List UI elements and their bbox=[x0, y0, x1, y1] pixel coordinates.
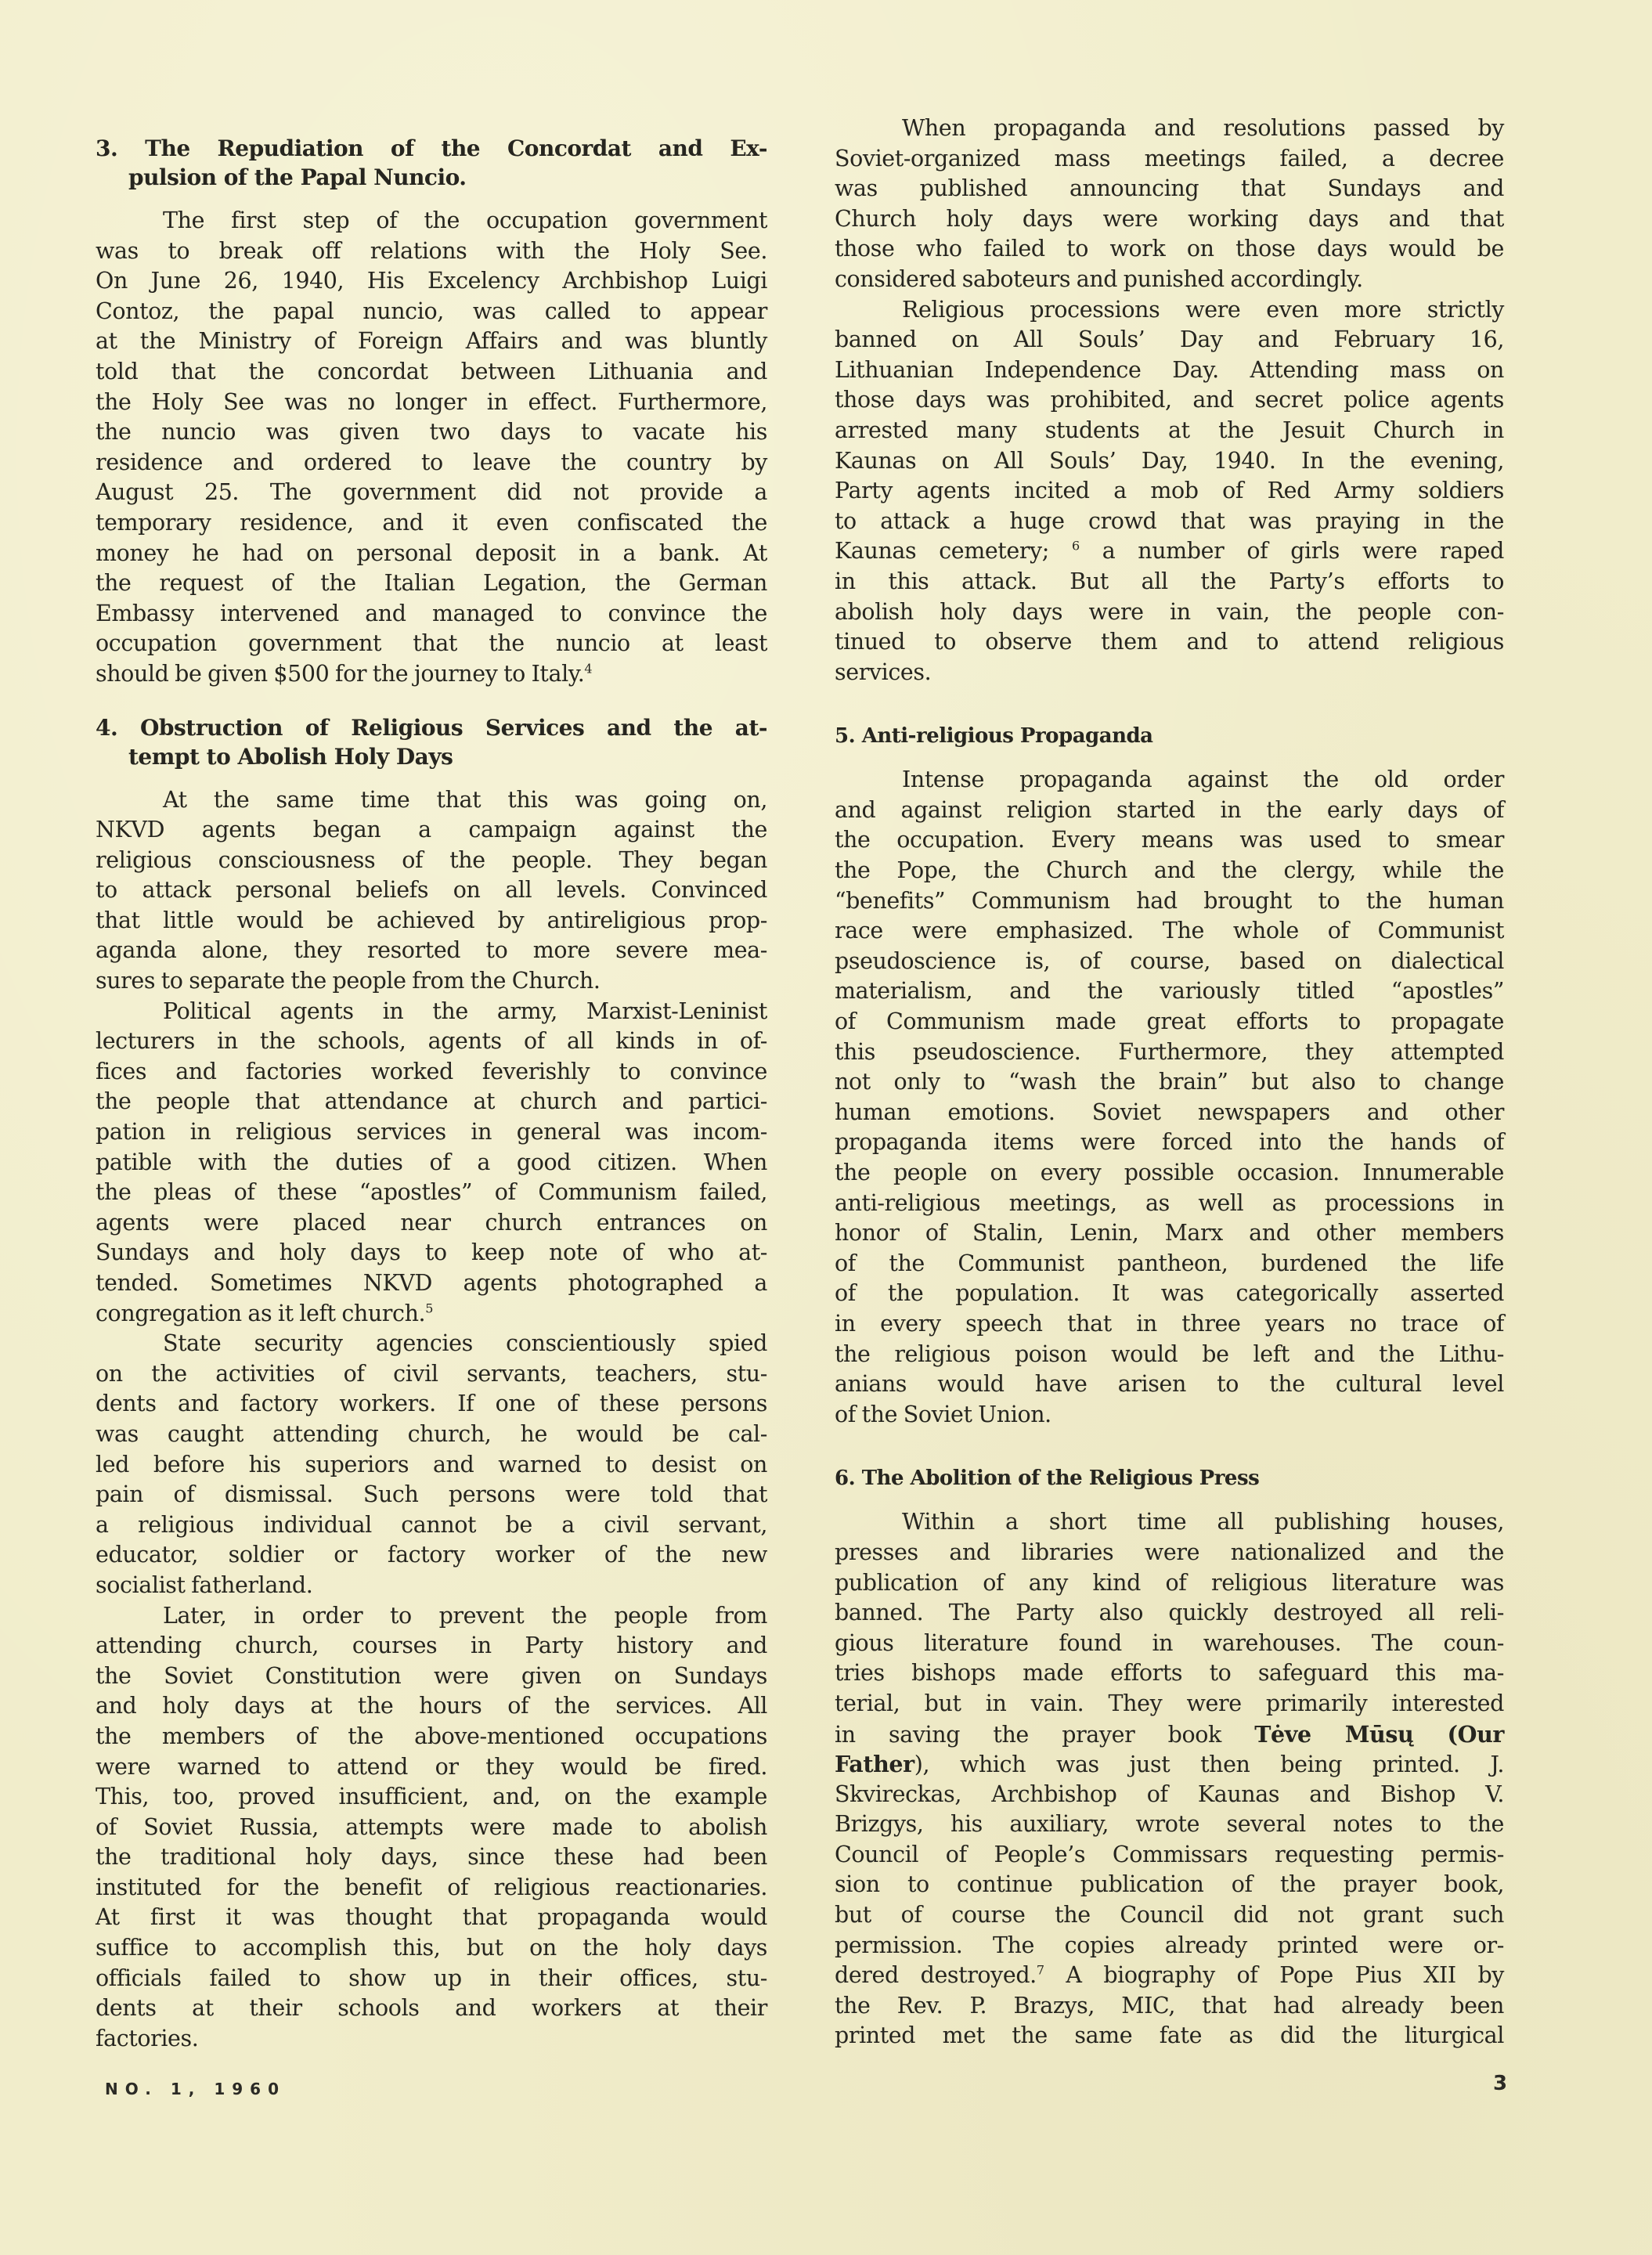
text-line: was to break off relations with the Holy… bbox=[96, 236, 767, 267]
text-line: The first step of the occupation governm… bbox=[96, 206, 767, 236]
text-line: When propaganda and resolutions passed b… bbox=[835, 114, 1504, 144]
text-line: was caught attending church, he would be… bbox=[96, 1420, 767, 1450]
text-line: of Communism made great efforts to propa… bbox=[835, 1007, 1504, 1037]
footnote-marker: 5 bbox=[425, 1301, 433, 1315]
text-line: anti-religious meetings, as well as proc… bbox=[835, 1189, 1504, 1219]
text-line: Political agents in the army, Marxist-Le… bbox=[96, 997, 767, 1027]
text-line: Religious processions were even more str… bbox=[835, 295, 1504, 326]
text-line: tinued to observe them and to attend rel… bbox=[835, 627, 1504, 658]
text-line: attending church, courses in Party histo… bbox=[96, 1631, 767, 1661]
issue-footer: NO. 1, 1960 bbox=[105, 2080, 286, 2098]
paragraph: When propaganda and resolutions passed b… bbox=[835, 114, 1504, 295]
text-line: honor of Stalin, Lenin, Marx and other m… bbox=[835, 1218, 1504, 1249]
text-line: and holy days at the hours of the servic… bbox=[96, 1691, 767, 1722]
heading-line: tempt to Abolish Holy Days bbox=[96, 742, 767, 771]
text-line: permission. The copies already printed w… bbox=[835, 1931, 1504, 1961]
text-line: Council of People’s Commissars requestin… bbox=[835, 1840, 1504, 1871]
text-line: tended. Sometimes NKVD agents photograph… bbox=[96, 1268, 767, 1299]
text-line: Contoz, the papal nuncio, was called to … bbox=[96, 297, 767, 327]
text-line: of the Communist pantheon, burdened the … bbox=[835, 1249, 1504, 1279]
right-column: When propaganda and resolutions passed b… bbox=[835, 114, 1504, 2051]
text-line: Sundays and holy days to keep note of wh… bbox=[96, 1238, 767, 1268]
text-line: the traditional holy days, since these h… bbox=[96, 1842, 767, 1873]
text-line: the occupation. Every means was used to … bbox=[835, 825, 1504, 856]
text-line: gious literature found in warehouses. Th… bbox=[835, 1629, 1504, 1659]
text-line: occupation government that the nuncio at… bbox=[96, 629, 767, 659]
text-line: Skvireckas, Archbishop of Kaunas and Bis… bbox=[835, 1780, 1504, 1810]
text-line: sures to separate the people from the Ch… bbox=[96, 966, 767, 997]
text-line: religious consciousness of the people. T… bbox=[96, 846, 767, 876]
bold-title: Tėve Mūsų (Our bbox=[1254, 1721, 1504, 1748]
text-line: the people that attendance at church and… bbox=[96, 1087, 767, 1117]
text-line: pain of dismissal. Such persons were tol… bbox=[96, 1480, 767, 1510]
text-line: banned. The Party also quickly destroyed… bbox=[835, 1598, 1504, 1629]
text-line: but of course the Council did not grant … bbox=[835, 1900, 1504, 1931]
paragraph: Political agents in the army, Marxist-Le… bbox=[96, 997, 767, 1330]
text-line: temporary residence, and it even confisc… bbox=[96, 508, 767, 539]
heading-line: 4. Obstruction of Religious Services and… bbox=[96, 713, 767, 742]
text-line: fices and factories worked feverishly to… bbox=[96, 1057, 767, 1088]
text-line: and against religion started in the earl… bbox=[835, 796, 1504, 826]
text-line: to attack personal beliefs on all levels… bbox=[96, 875, 767, 906]
text-line: this pseudoscience. Furthermore, they at… bbox=[835, 1037, 1504, 1068]
text-line: to attack a huge crowd that was praying … bbox=[835, 507, 1504, 537]
paragraph: At the same time that this was going on,… bbox=[96, 785, 767, 997]
section-heading: 4. Obstruction of Religious Services and… bbox=[96, 713, 767, 771]
text-line: Kaunas on All Souls’ Day, 1940. In the e… bbox=[835, 446, 1504, 477]
text-line: dered destroyed.7 A biography of Pope Pi… bbox=[835, 1961, 1504, 1991]
text-line: not only to “wash the brain” but also to… bbox=[835, 1067, 1504, 1098]
text-line: dents and factory workers. If one of the… bbox=[96, 1389, 767, 1420]
left-column: 3. The Repudiation of the Concordat and … bbox=[96, 134, 767, 2054]
text-line: officials failed to show up in their off… bbox=[96, 1964, 767, 1994]
text-line: terial, but in vain. They were primarily… bbox=[835, 1689, 1504, 1719]
heading-line: 5. Anti-religious Propaganda bbox=[835, 722, 1504, 751]
text-line: should be given $500 for the journey to … bbox=[96, 659, 767, 690]
text-line: those days was prohibited, and secret po… bbox=[835, 385, 1504, 416]
text-line: pation in religious services in general … bbox=[96, 1117, 767, 1148]
text-line: Within a short time all publishing house… bbox=[835, 1507, 1504, 1538]
text-line: At first it was thought that propaganda … bbox=[96, 1903, 767, 1933]
text-line: of the Soviet Union. bbox=[835, 1400, 1504, 1431]
text-line: the religious poison would be left and t… bbox=[835, 1340, 1504, 1370]
text-line: publication of any kind of religious lit… bbox=[835, 1568, 1504, 1599]
text-line: Brizgys, his auxiliary, wrote several no… bbox=[835, 1809, 1504, 1840]
text-line: abolish holy days were in vain, the peop… bbox=[835, 597, 1504, 628]
footnote-marker: 7 bbox=[1037, 1963, 1044, 1978]
text-line: race were emphasized. The whole of Commu… bbox=[835, 916, 1504, 947]
text-line: aganda alone, they resorted to more seve… bbox=[96, 936, 767, 966]
text-line: instituted for the benefit of religious … bbox=[96, 1873, 767, 1903]
text-line: the pleas of these “apostles” of Communi… bbox=[96, 1178, 767, 1208]
text-line: a religious individual cannot be a civil… bbox=[96, 1510, 767, 1541]
text-line: were warned to attend or they would be f… bbox=[96, 1752, 767, 1783]
text-line: State security agencies conscientiously … bbox=[96, 1329, 767, 1359]
paragraph: The first step of the occupation governm… bbox=[96, 206, 767, 690]
text-line: congregation as it left church.5 bbox=[96, 1299, 767, 1330]
heading-line: 6. The Abolition of the Religious Press bbox=[835, 1464, 1504, 1493]
text-line: the Soviet Constitution were given on Su… bbox=[96, 1661, 767, 1692]
text-line: at the Ministry of Foreign Affairs and w… bbox=[96, 327, 767, 357]
footnote-marker: 6 bbox=[1072, 539, 1080, 554]
text-line: patible with the duties of a good citize… bbox=[96, 1148, 767, 1178]
page-number: 3 bbox=[1493, 2072, 1507, 2095]
text-line: printed met the same fate as did the lit… bbox=[835, 2021, 1504, 2051]
heading-line: 3. The Repudiation of the Concordat and … bbox=[96, 134, 767, 163]
paragraph: Intense propaganda against the old order… bbox=[835, 765, 1504, 1430]
text-line: the request of the Italian Legation, the… bbox=[96, 568, 767, 599]
text-line: factories. bbox=[96, 2024, 767, 2055]
text-line: human emotions. Soviet newspapers and ot… bbox=[835, 1098, 1504, 1128]
paragraph: Later, in order to prevent the people fr… bbox=[96, 1601, 767, 2055]
text-line: agents were placed near church entrances… bbox=[96, 1208, 767, 1239]
text-line: socialist fatherland. bbox=[96, 1571, 767, 1601]
footnote-marker: 4 bbox=[584, 661, 592, 676]
text-line: of Soviet Russia, attempts were made to … bbox=[96, 1813, 767, 1843]
paragraph: Religious processions were even more str… bbox=[835, 295, 1504, 688]
text-line: in this attack. But all the Party’s effo… bbox=[835, 567, 1504, 597]
text-line: in every speech that in three years no t… bbox=[835, 1309, 1504, 1340]
paragraph: Within a short time all publishing house… bbox=[835, 1507, 1504, 2051]
text-line: On June 26, 1940, His Excelency Archbish… bbox=[96, 266, 767, 297]
heading-line: pulsion of the Papal Nuncio. bbox=[96, 163, 767, 192]
text-line: the members of the above-mentioned occup… bbox=[96, 1722, 767, 1752]
text-line: arrested many students at the Jesuit Chu… bbox=[835, 416, 1504, 446]
text-line: NKVD agents began a campaign against the bbox=[96, 815, 767, 846]
text-line: those who failed to work on those days w… bbox=[835, 234, 1504, 265]
text-line: lecturers in the schools, agents of all … bbox=[96, 1026, 767, 1057]
section-heading: 3. The Repudiation of the Concordat and … bbox=[96, 134, 767, 192]
text-line: of the population. It was categorically … bbox=[835, 1279, 1504, 1309]
text-line: August 25. The government did not provid… bbox=[96, 478, 767, 508]
bold-title: Father bbox=[835, 1751, 914, 1777]
text-line: considered saboteurs and punished accord… bbox=[835, 265, 1504, 295]
text-line: the Pope, the Church and the clergy, whi… bbox=[835, 856, 1504, 886]
text-line: that little would be achieved by antirel… bbox=[96, 906, 767, 936]
text-line: materialism, and the variously titled “a… bbox=[835, 976, 1504, 1007]
text-line: was published announcing that Sundays an… bbox=[835, 174, 1504, 204]
text-line: This, too, proved insufficient, and, on … bbox=[96, 1782, 767, 1813]
text-line: tries bishops made efforts to safeguard … bbox=[835, 1658, 1504, 1689]
text-line: on the activities of civil servants, tea… bbox=[96, 1359, 767, 1390]
text-line: propaganda items were forced into the ha… bbox=[835, 1127, 1504, 1158]
text-line: told that the concordat between Lithuani… bbox=[96, 357, 767, 388]
text-line: “benefits” Communism had brought to the … bbox=[835, 886, 1504, 917]
text-line: money he had on personal deposit in a ba… bbox=[96, 539, 767, 569]
text-line: Party agents incited a mob of Red Army s… bbox=[835, 476, 1504, 507]
text-line: Soviet-organized mass meetings failed, a… bbox=[835, 144, 1504, 175]
text-line: educator, soldier or factory worker of t… bbox=[96, 1540, 767, 1571]
text-line: the Holy See was no longer in effect. Fu… bbox=[96, 388, 767, 418]
text-line: Father), which was just then being print… bbox=[835, 1749, 1504, 1780]
text-line: sion to continue publication of the pray… bbox=[835, 1870, 1504, 1900]
text-line: Embassy intervened and managed to convin… bbox=[96, 599, 767, 630]
text-line: banned on All Souls’ Day and February 16… bbox=[835, 325, 1504, 355]
text-line: suffice to accomplish this, but on the h… bbox=[96, 1933, 767, 1964]
text-line: Kaunas cemetery; 6 a number of girls wer… bbox=[835, 536, 1504, 567]
text-line: Lithuanian Independence Day. Attending m… bbox=[835, 355, 1504, 386]
text-line: At the same time that this was going on, bbox=[96, 785, 767, 816]
text-line: Later, in order to prevent the people fr… bbox=[96, 1601, 767, 1632]
section-heading: 6. The Abolition of the Religious Press bbox=[835, 1464, 1504, 1493]
text-line: the people on every possible occasion. I… bbox=[835, 1158, 1504, 1189]
text-line: anians would have arisen to the cultural… bbox=[835, 1369, 1504, 1400]
paragraph: State security agencies conscientiously … bbox=[96, 1329, 767, 1600]
text-line: in saving the prayer book Tėve Mūsų (Our bbox=[835, 1719, 1504, 1750]
section-heading: 5. Anti-religious Propaganda bbox=[835, 722, 1504, 751]
text-line: Church holy days were working days and t… bbox=[835, 204, 1504, 235]
text-line: residence and ordered to leave the count… bbox=[96, 448, 767, 478]
text-line: the Rev. P. Brazys, MIC, that had alread… bbox=[835, 1991, 1504, 2022]
text-line: led before his superiors and warned to d… bbox=[96, 1450, 767, 1481]
text-line: presses and libraries were nationalized … bbox=[835, 1538, 1504, 1568]
text-line: pseudoscience is, of course, based on di… bbox=[835, 947, 1504, 977]
text-line: dents at their schools and workers at th… bbox=[96, 1993, 767, 2024]
text-line: services. bbox=[835, 658, 1504, 688]
text-line: Intense propaganda against the old order bbox=[835, 765, 1504, 796]
text-line: the nuncio was given two days to vacate … bbox=[96, 417, 767, 448]
